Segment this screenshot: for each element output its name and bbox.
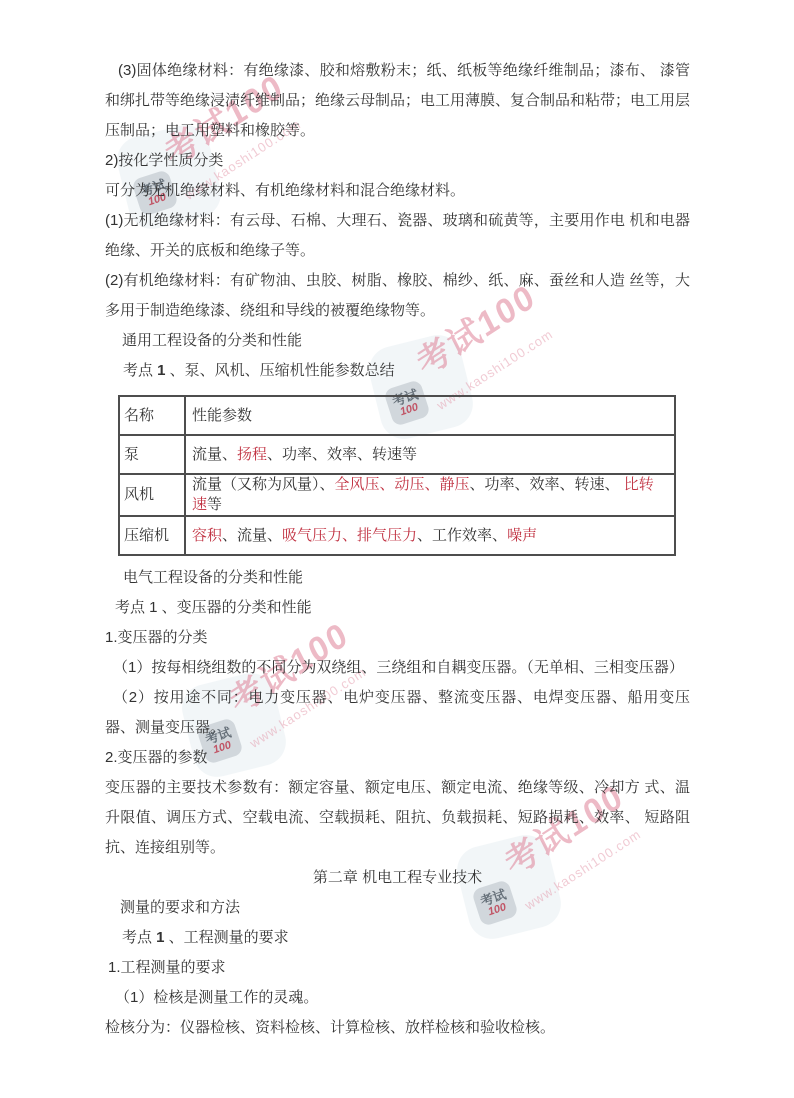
text-run: 、流量、	[222, 527, 282, 544]
table-cell-params: 流量（又称为风量）、全风压、动压、静压、功率、效率、转速、 比转速等	[185, 474, 675, 516]
text-run: 可分为无机绝缘材料、有机绝缘材料和混合绝缘材料。	[105, 182, 465, 199]
paragraph: (3)固体绝缘材料：有绝缘漆、胶和熔敷粉末；纸、纸板等绝缘纤维制品；漆布、 漆管…	[105, 56, 690, 146]
paragraph: 可分为无机绝缘材料、有机绝缘材料和混合绝缘材料。	[105, 176, 690, 206]
text-run: 扬程	[237, 446, 267, 463]
table-cell-params: 性能参数	[185, 396, 675, 435]
section-title: 通用工程设备的分类和性能	[105, 326, 690, 356]
paragraph: 2.变压器的参数	[105, 743, 690, 773]
text-run: (2)有机绝缘材料：有矿物油、虫胶、树脂、橡胶、棉纱、纸、麻、蚕丝和人造 丝等，…	[105, 272, 690, 319]
table-cell-name: 泵	[119, 435, 185, 474]
text-run: 考点 1 、变压器的分类和性能	[115, 599, 312, 616]
text-run: 2.变压器的参数	[105, 749, 208, 766]
document-content: (3)固体绝缘材料：有绝缘漆、胶和熔敷粉末；纸、纸板等绝缘纤维制品；漆布、 漆管…	[0, 0, 794, 1043]
text-run: 1	[157, 362, 165, 379]
text-run: 第二章 机电工程专业技术	[313, 869, 482, 886]
paragraph: 1.变压器的分类	[105, 623, 690, 653]
table-cell-params: 流量、扬程、功率、效率、转速等	[185, 435, 675, 474]
paragraph: （1）检核是测量工作的灵魂。	[105, 983, 690, 1013]
text-run: （1）按每相绕组数的不同分为双绕组、三绕组和自耦变压器。（无单相、三相变压器）	[113, 659, 684, 676]
text-run: 1	[156, 929, 164, 946]
paragraph: 2)按化学性质分类	[105, 146, 690, 176]
table-row: 风机流量（又称为风量）、全风压、动压、静压、功率、效率、转速、 比转速等	[119, 474, 675, 516]
table-cell-name: 压缩机	[119, 516, 185, 555]
text-run: 、功率、效率、转速、	[470, 476, 624, 493]
section-title: 测量的要求和方法	[105, 893, 690, 923]
text-run: 名称	[124, 407, 154, 424]
text-run: 流量、	[192, 446, 237, 463]
exam-point-title: 考点 1 、泵、风机、压缩机性能参数总结	[105, 356, 690, 386]
table-row: 泵流量、扬程、功率、效率、转速等	[119, 435, 675, 474]
text-run: (3)固体绝缘材料：有绝缘漆、胶和熔敷粉末；纸、纸板等绝缘纤维制品；漆布、 漆管…	[105, 62, 690, 139]
document-page: 考试 100 考试100 www.kaoshi100.com 考试 100 考试…	[0, 0, 794, 1098]
table-cell-name: 名称	[119, 396, 185, 435]
text-run: 1.工程测量的要求	[108, 959, 226, 976]
text-run: 、泵、风机、压缩机性能参数总结	[166, 362, 395, 379]
section-title: 电气工程设备的分类和性能	[105, 563, 690, 593]
text-run: (1)无机绝缘材料：有云母、石棉、大理石、瓷器、玻璃和硫黄等，主要用作电 机和电…	[105, 212, 690, 259]
text-run: 变压器的主要技术参数有：额定容量、额定电压、额定电流、绝缘等级、冷却方 式、温升…	[105, 779, 690, 856]
text-run: 容积	[192, 527, 222, 544]
text-run: 流量（又称为风量）、	[192, 476, 335, 493]
text-run: 测量的要求和方法	[120, 899, 240, 916]
chapter-title: 第二章 机电工程专业技术	[105, 863, 690, 893]
text-run: 泵	[124, 446, 139, 463]
table-row: 名称性能参数	[119, 396, 675, 435]
pump-fan-compressor-table: 名称性能参数泵流量、扬程、功率、效率、转速等风机流量（又称为风量）、全风压、动压…	[118, 395, 676, 556]
text-run: 考点	[123, 362, 157, 379]
text-run: 吸气压力、排气压力	[282, 527, 417, 544]
text-run: 、功率、效率、转速等	[267, 446, 417, 463]
table-row: 压缩机容积、流量、吸气压力、排气压力、工作效率、噪声	[119, 516, 675, 555]
table-cell-params: 容积、流量、吸气压力、排气压力、工作效率、噪声	[185, 516, 675, 555]
paragraph: 1.工程测量的要求	[105, 953, 690, 983]
paragraph: (1)无机绝缘材料：有云母、石棉、大理石、瓷器、玻璃和硫黄等，主要用作电 机和电…	[105, 206, 690, 266]
exam-point-title: 考点 1 、工程测量的要求	[105, 923, 690, 953]
text-run: 、工作效率、	[417, 527, 507, 544]
text-run: 通用工程设备的分类和性能	[122, 332, 302, 349]
paragraph: 变压器的主要技术参数有：额定容量、额定电压、额定电流、绝缘等级、冷却方 式、温升…	[105, 773, 690, 863]
text-run: 性能参数	[192, 407, 252, 424]
text-run: 风机	[124, 486, 154, 503]
text-run: 考点	[122, 929, 156, 946]
text-run: 等	[207, 496, 222, 513]
paragraph: （1）按每相绕组数的不同分为双绕组、三绕组和自耦变压器。（无单相、三相变压器）	[105, 653, 690, 683]
text-run: 1.变压器的分类	[105, 629, 208, 646]
text-run: 检核分为：仪器检核、资料检核、计算检核、放样检核和验收检核。	[105, 1019, 555, 1036]
text-run: 2)按化学性质分类	[105, 152, 223, 169]
text-run: 噪声	[507, 527, 537, 544]
exam-point-title: 考点 1 、变压器的分类和性能	[105, 593, 690, 623]
paragraph: (2)有机绝缘材料：有矿物油、虫胶、树脂、橡胶、棉纱、纸、麻、蚕丝和人造 丝等，…	[105, 266, 690, 326]
table-cell-name: 风机	[119, 474, 185, 516]
paragraph: （2）按用途不同：电力变压器、电炉变压器、整流变压器、电焊变压器、船用变压器、测…	[105, 683, 690, 743]
text-run: （2）按用途不同：电力变压器、电炉变压器、整流变压器、电焊变压器、船用变压器、测…	[105, 689, 690, 736]
text-run: 电气工程设备的分类和性能	[123, 569, 303, 586]
text-run: （1）检核是测量工作的灵魂。	[115, 989, 318, 1006]
text-run: 、工程测量的要求	[165, 929, 289, 946]
paragraph: 检核分为：仪器检核、资料检核、计算检核、放样检核和验收检核。	[105, 1013, 690, 1043]
text-run: 全风压、动压、静压	[335, 476, 470, 493]
text-run: 压缩机	[124, 527, 169, 544]
